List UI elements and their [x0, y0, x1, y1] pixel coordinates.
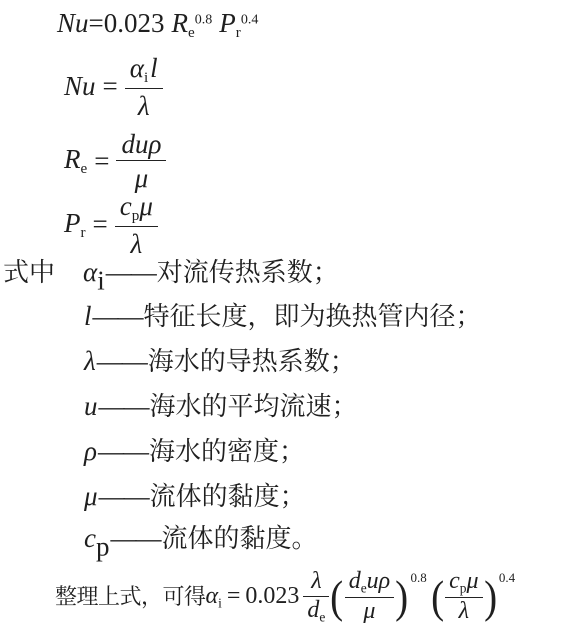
fraction-denominator: λ	[115, 227, 158, 259]
fraction-numerator: αil	[125, 53, 163, 89]
lambda-symbol: λ	[84, 346, 96, 376]
definition-dash: ——	[93, 302, 143, 331]
diameter-symbol: d	[307, 597, 319, 623]
document-page: Nu=0.023Re0.8Pr0.4 Nu = αil λ Re = duρ μ…	[0, 0, 575, 634]
reynolds-exponent: 0.8	[411, 570, 427, 586]
definition-row-l: l——特征长度，即为换热管内径；	[84, 300, 482, 342]
conclusion-lead: 整理上式，可得	[55, 583, 206, 611]
equals-sign: =	[103, 71, 118, 102]
definition-row-u: u——海水的平均流速；	[84, 390, 358, 432]
definition-text: 流体的黏度；	[150, 482, 306, 511]
fraction-numerator: cpμ	[115, 191, 158, 227]
fraction: duρ μ	[116, 129, 166, 193]
prandtl-exponent: 0.4	[499, 570, 515, 586]
symbol-subscript: p	[96, 532, 110, 562]
equals-sign: =	[89, 8, 104, 39]
fraction: cpμ λ	[115, 191, 158, 259]
reynolds-symbol: R	[172, 8, 189, 38]
heat-capacity-symbol: c	[449, 568, 460, 594]
heat-capacity-symbol: c	[120, 191, 132, 221]
formula-nu-definition: Nu = αil λ	[64, 53, 163, 121]
definition-dash: ——	[99, 392, 149, 421]
alpha-symbol: α	[83, 257, 97, 287]
definition-text: 流体的黏度。	[161, 524, 317, 553]
formula-prandtl: Pr = cpμ λ	[64, 191, 158, 259]
length-symbol: l	[84, 301, 92, 331]
length-symbol: l	[150, 53, 158, 83]
definition-row-alpha: 式中αi——对流传热系数；	[3, 256, 339, 298]
definition-text: 海水的平均流速；	[150, 392, 358, 421]
definition-text: 对流传热系数；	[157, 258, 339, 287]
definition-dash: ——	[98, 437, 148, 466]
fraction-numerator: λ	[303, 568, 329, 597]
viscosity-symbol: μ	[139, 191, 153, 221]
prandtl-subscript: r	[81, 225, 86, 241]
fraction-numerator: cpμ	[445, 568, 482, 597]
equals-sign: =	[227, 583, 241, 611]
definition-text: 海水的导热系数；	[148, 347, 356, 376]
fraction-prandtl-term: cpμ λ	[445, 568, 482, 625]
reynolds-subscript: e	[81, 161, 88, 177]
fraction-denominator: μ	[116, 161, 166, 193]
fraction-reynolds-term: deuρ μ	[345, 568, 395, 625]
definition-row-cp: cp——流体的黏度。	[84, 522, 318, 564]
definitions-lead: 式中	[3, 257, 55, 290]
definition-row-rho: ρ——海水的密度；	[84, 435, 305, 477]
definition-row-lambda: λ——海水的导热系数；	[84, 345, 356, 387]
alpha-subscript: i	[218, 595, 222, 610]
reynolds-symbol: R	[64, 144, 81, 174]
reynolds-subscript: e	[188, 25, 195, 41]
conclusion-formula: 整理上式，可得 αi = 0.023 λ de ( deuρ μ ) 0.8 (…	[55, 566, 515, 628]
density-symbol: ρ	[84, 436, 97, 466]
velocity-symbol: u	[84, 391, 98, 421]
prandtl-exponent: 0.4	[241, 11, 259, 27]
alpha-symbol: α	[206, 583, 219, 609]
definition-row-mu: μ——流体的黏度；	[84, 480, 306, 522]
definition-dash: ——	[106, 258, 156, 287]
equals-sign: =	[93, 209, 108, 240]
coefficient: 0.023	[104, 8, 165, 39]
fraction-denominator: λ	[445, 598, 482, 626]
fraction-denominator: λ	[125, 89, 163, 121]
fraction-lambda-de: λ de	[303, 568, 329, 625]
reynolds-exponent: 0.8	[195, 11, 213, 27]
alpha-subscript: i	[144, 70, 148, 86]
diameter-subscript: e	[319, 610, 325, 625]
fraction-numerator: duρ	[116, 129, 166, 161]
viscosity-symbol: μ	[466, 568, 478, 594]
alpha-symbol: α	[130, 53, 144, 83]
nu-symbol: Nu	[57, 8, 89, 39]
formula-nu-correlation: Nu=0.023Re0.8Pr0.4	[57, 8, 258, 42]
fraction: αil λ	[125, 53, 163, 121]
definition-dash: ——	[110, 524, 160, 553]
fraction-numerator: deuρ	[345, 568, 395, 597]
definition-text: 特征长度，即为换热管内径；	[144, 302, 482, 331]
diameter-symbol: d	[349, 568, 361, 594]
definition-dash: ——	[97, 347, 147, 376]
definition-dash: ——	[99, 482, 149, 511]
nu-symbol: Nu	[64, 71, 96, 102]
equals-sign: =	[94, 146, 109, 177]
viscosity-symbol: μ	[84, 481, 98, 511]
velocity-density-symbols: uρ	[367, 568, 391, 594]
fraction-denominator: μ	[345, 598, 395, 626]
prandtl-symbol: P	[64, 208, 81, 238]
heat-capacity-symbol: c	[84, 523, 96, 553]
prandtl-symbol: P	[219, 8, 236, 38]
formula-reynolds: Re = duρ μ	[64, 129, 166, 193]
coefficient: 0.023	[245, 583, 299, 611]
fraction-denominator: de	[303, 597, 329, 625]
alpha-subscript: i	[97, 266, 105, 296]
definition-text: 海水的密度；	[149, 437, 305, 466]
